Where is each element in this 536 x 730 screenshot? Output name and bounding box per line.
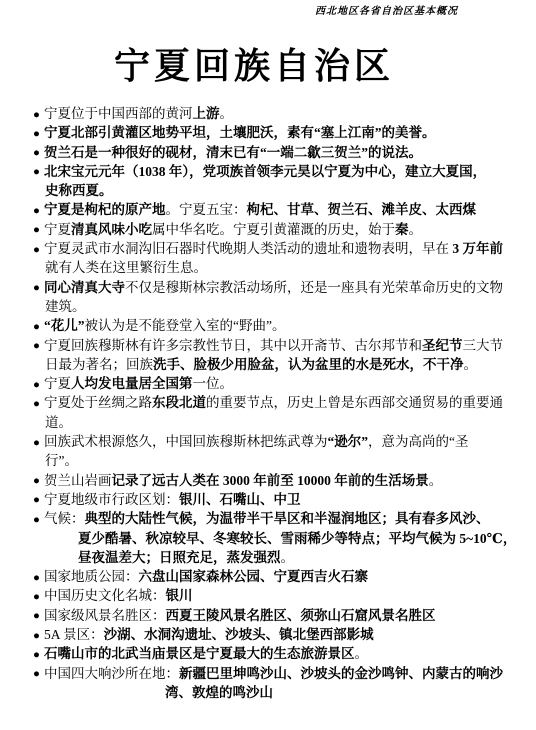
text-segment: ，意为高尚的“圣 bbox=[368, 434, 469, 449]
bullet-line: ●北宋宝元元年（1038 年），党项族首领李元昊以宁夏为中心，建立大夏国， bbox=[33, 162, 513, 181]
bullet-icon: ● bbox=[33, 125, 44, 144]
bullet-icon: ● bbox=[33, 434, 44, 453]
bullet-line: ●贺兰山岩画记录了远古人类在 3000 年前至 10000 年前的生活场景。 bbox=[33, 471, 513, 490]
text-segment: 宁夏北部引黄灌区地势平坦，土壤肥沃，素有“塞上江南”的美誉。 bbox=[44, 125, 436, 140]
text-segment: 夏少酷暑、秋凉较早、冬寒较长、雪雨稀少等特点；平均气候为 5~10℃， bbox=[78, 531, 516, 546]
bullet-icon: ● bbox=[33, 376, 44, 395]
bullet-line: ●中国历史文化名城：银川 bbox=[33, 586, 513, 605]
continuation-line: 道。 bbox=[33, 413, 513, 432]
bullet-line: ●国家地质公园：六盘山国家森林公园、宁夏西吉火石寨 bbox=[33, 567, 513, 586]
text-segment: 昼夜温差大；日照充足，蒸发强烈 bbox=[78, 550, 281, 565]
bullet-line: ●宁夏是枸杞的原产地。宁夏五宝：枸杞、甘草、贺兰石、滩羊皮、太西煤 bbox=[33, 200, 513, 219]
text-segment: 被认为是不能登堂入室的“野曲”。 bbox=[85, 318, 286, 333]
text-segment: 3 万年前 bbox=[452, 241, 503, 256]
text-segment: 银川 bbox=[166, 588, 193, 603]
text-segment: 。 bbox=[281, 550, 295, 565]
bullet-icon: ● bbox=[33, 491, 44, 510]
bullet-line: ●宁夏回族穆斯林有许多宗教性节日，其中以开斋节、古尔邦节和圣纪节三大节 bbox=[33, 336, 513, 355]
page-header-note: 西北地区各省自治区基本概况 bbox=[315, 2, 458, 17]
continuation-line: 史称西夏。 bbox=[33, 181, 513, 200]
text-segment: 宁夏 bbox=[44, 222, 71, 237]
text-segment: 回族武术根源悠久，中国回族穆斯林把练武尊为 bbox=[44, 434, 328, 449]
text-segment: 中国历史文化名城： bbox=[44, 588, 166, 603]
bullet-icon: ● bbox=[33, 395, 44, 414]
text-segment: 沙湖、水洞沟遗址、沙坡头、镇北堡西部影城 bbox=[104, 627, 374, 642]
text-segment: 宁夏地级市行政区划： bbox=[44, 492, 179, 507]
text-segment: “逊尔” bbox=[328, 434, 369, 449]
text-segment: 东段北道 bbox=[152, 395, 206, 410]
bullet-icon: ● bbox=[33, 241, 44, 260]
text-segment: 宁夏灵武市水洞沟旧石器时代晚期人类活动的遗址和遗物表明，早在 bbox=[44, 241, 452, 256]
text-segment: 。 bbox=[464, 357, 478, 372]
bullet-line: ●宁夏地级市行政区划：银川、石嘴山、中卫 bbox=[33, 490, 513, 509]
bullet-line: ●“花儿”被认为是不能登堂入室的“野曲”。 bbox=[33, 316, 513, 335]
text-segment: 秦 bbox=[395, 222, 409, 237]
bullet-line: ●气候：典型的大陆性气候，为温带半干旱区和半湿润地区；具有春多风沙、 bbox=[33, 509, 513, 528]
bullet-icon: ● bbox=[33, 569, 44, 588]
text-segment: 。 bbox=[355, 646, 369, 661]
continuation-line: 夏少酷暑、秋凉较早、冬寒较长、雪雨稀少等特点；平均气候为 5~10℃， bbox=[33, 529, 513, 548]
bullet-line: ●宁夏清真风味小吃属中华名吃。宁夏引黄灌溉的历史，始于秦。 bbox=[33, 220, 513, 239]
text-segment: 行”。 bbox=[45, 453, 78, 468]
text-segment: 宁夏回族穆斯林有许多宗教性节日，其中以开斋节、古尔邦节和 bbox=[44, 338, 422, 353]
bullet-line: ●宁夏人均发电量居全国第一位。 bbox=[33, 374, 513, 393]
text-segment: 5A 景区： bbox=[44, 627, 104, 642]
page-title: 宁夏回族自治区 bbox=[0, 38, 508, 89]
document-page: 西北地区各省自治区基本概况 宁夏回族自治区 ●宁夏位于中国西部的黄河上游。●宁夏… bbox=[0, 0, 536, 730]
text-segment: 典型的大陆性气候，为温带半干旱区和半湿润地区；具有春多风沙、 bbox=[85, 511, 490, 526]
text-segment: 。宁夏五宝： bbox=[166, 202, 247, 217]
text-segment: 不仅是穆斯林宗教活动场所，还是一座具有光荣革命历史的文物 bbox=[125, 280, 503, 295]
text-segment: 西夏王陵风景名胜区、须弥山石窟风景名胜区 bbox=[166, 608, 436, 623]
continuation-line: 日最为著名；回族洗手、脸极少用脸盆，认为盆里的水是死水，不干净。 bbox=[33, 355, 513, 374]
text-segment: 。 bbox=[429, 473, 443, 488]
text-segment: 宁夏处于丝绸之路 bbox=[44, 395, 152, 410]
text-segment: 贺兰石是一种很好的砚材，清末已有“一端二歙三贺兰”的说法。 bbox=[44, 145, 422, 160]
bullet-line: ●宁夏位于中国西部的黄河上游。 bbox=[33, 104, 513, 123]
text-segment: 湾、敦煌的鸣沙山 bbox=[165, 685, 273, 700]
bullet-icon: ● bbox=[33, 627, 44, 646]
bullet-list: ●宁夏位于中国西部的黄河上游。●宁夏北部引黄灌区地势平坦，土壤肥沃，素有“塞上江… bbox=[33, 104, 513, 702]
text-segment: 。 bbox=[220, 106, 234, 121]
bullet-icon: ● bbox=[33, 202, 44, 221]
text-segment: 气候： bbox=[44, 511, 85, 526]
text-segment: 中国四大响沙所在地： bbox=[44, 666, 179, 681]
continuation-line: 湾、敦煌的鸣沙山 bbox=[33, 683, 513, 702]
bullet-icon: ● bbox=[33, 279, 44, 298]
bullet-line: ●宁夏灵武市水洞沟旧石器时代晚期人类活动的遗址和遗物表明，早在 3 万年前 bbox=[33, 239, 513, 258]
text-segment: 建筑。 bbox=[45, 299, 86, 314]
text-segment: 国家级风景名胜区： bbox=[44, 608, 166, 623]
bullet-icon: ● bbox=[33, 337, 44, 356]
continuation-line: 就有人类在这里繁衍生息。 bbox=[33, 258, 513, 277]
text-segment: 日最为著名；回族 bbox=[45, 357, 153, 372]
text-segment: 洗手、脸极少用脸盆，认为盆里的水是死水，不干净 bbox=[153, 357, 464, 372]
text-segment: 属中华名吃。宁夏引黄灌溉的历史，始于 bbox=[152, 222, 395, 237]
text-segment: 。 bbox=[409, 222, 423, 237]
bullet-icon: ● bbox=[33, 588, 44, 607]
bullet-icon: ● bbox=[33, 665, 44, 684]
text-segment: 一位。 bbox=[193, 376, 234, 391]
text-segment: 记录了远古人类在 3000 年前至 10000 年前的生活场景 bbox=[112, 473, 429, 488]
text-segment: 清真风味小吃 bbox=[71, 222, 152, 237]
text-segment: 银川、石嘴山、中卫 bbox=[179, 492, 301, 507]
text-segment: 国家地质公园： bbox=[44, 569, 139, 584]
bullet-icon: ● bbox=[33, 511, 44, 530]
bullet-line: ●宁夏处于丝绸之路东段北道的重要节点，历史上曾是东西部交通贸易的重要通 bbox=[33, 393, 513, 412]
text-segment: 的重要节点，历史上曾是东西部交通贸易的重要通 bbox=[206, 395, 503, 410]
text-segment: 北宋宝元元年（1038 年），党项族首领李元昊以宁夏为中心，建立大夏国， bbox=[44, 164, 486, 179]
bullet-line: ●石嘴山市的北武当庙景区是宁夏最大的生态旅游景区。 bbox=[33, 644, 513, 663]
text-segment: 宁夏位于中国西部的黄河 bbox=[44, 106, 193, 121]
text-segment: 新疆巴里坤鸣沙山、沙坡头的金沙鸣钟、内蒙古的响沙 bbox=[179, 666, 503, 681]
bullet-icon: ● bbox=[33, 221, 44, 240]
bullet-icon: ● bbox=[33, 607, 44, 626]
text-segment: 上游 bbox=[193, 106, 220, 121]
text-segment: 史称西夏。 bbox=[45, 183, 113, 198]
bullet-line: ●贺兰石是一种很好的砚材，清末已有“一端二歙三贺兰”的说法。 bbox=[33, 143, 513, 162]
bullet-line: ●国家级风景名胜区：西夏王陵风景名胜区、须弥山石窟风景名胜区 bbox=[33, 606, 513, 625]
text-segment: 石嘴山市的北武当庙景区是宁夏最大的生态旅游景区 bbox=[44, 646, 355, 661]
bullet-icon: ● bbox=[33, 318, 44, 337]
text-segment: 就有人类在这里繁衍生息。 bbox=[45, 260, 207, 275]
continuation-line: 建筑。 bbox=[33, 297, 513, 316]
bullet-icon: ● bbox=[33, 646, 44, 665]
bullet-icon: ● bbox=[33, 472, 44, 491]
continuation-line: 行”。 bbox=[33, 451, 513, 470]
text-segment: 三大节 bbox=[463, 338, 504, 353]
continuation-line: 昼夜温差大；日照充足，蒸发强烈。 bbox=[33, 548, 513, 567]
text-segment: 圣纪节 bbox=[422, 338, 463, 353]
bullet-line: ●5A 景区：沙湖、水洞沟遗址、沙坡头、镇北堡西部影城 bbox=[33, 625, 513, 644]
text-segment: 宁夏 bbox=[44, 376, 71, 391]
text-segment: 人均发电量居全国第 bbox=[71, 376, 193, 391]
bullet-line: ●回族武术根源悠久，中国回族穆斯林把练武尊为“逊尔”，意为高尚的“圣 bbox=[33, 432, 513, 451]
bullet-line: ●同心清真大寺不仅是穆斯林宗教活动场所，还是一座具有光荣革命历史的文物 bbox=[33, 278, 513, 297]
bullet-icon: ● bbox=[33, 163, 44, 182]
text-segment: 枸杞、甘草、贺兰石、滩羊皮、太西煤 bbox=[247, 202, 477, 217]
bullet-line: ●宁夏北部引黄灌区地势平坦，土壤肥沃，素有“塞上江南”的美誉。 bbox=[33, 123, 513, 142]
bullet-icon: ● bbox=[33, 144, 44, 163]
text-segment: “花儿” bbox=[44, 318, 85, 333]
text-segment: 贺兰山岩画 bbox=[44, 473, 112, 488]
text-segment: 同心清真大寺 bbox=[44, 280, 125, 295]
text-segment: 宁夏是枸杞的原产地 bbox=[44, 202, 166, 217]
bullet-icon: ● bbox=[33, 106, 44, 125]
bullet-line: ●中国四大响沙所在地：新疆巴里坤鸣沙山、沙坡头的金沙鸣钟、内蒙古的响沙 bbox=[33, 664, 513, 683]
text-segment: 六盘山国家森林公园、宁夏西吉火石寨 bbox=[139, 569, 369, 584]
text-segment: 道。 bbox=[45, 415, 72, 430]
